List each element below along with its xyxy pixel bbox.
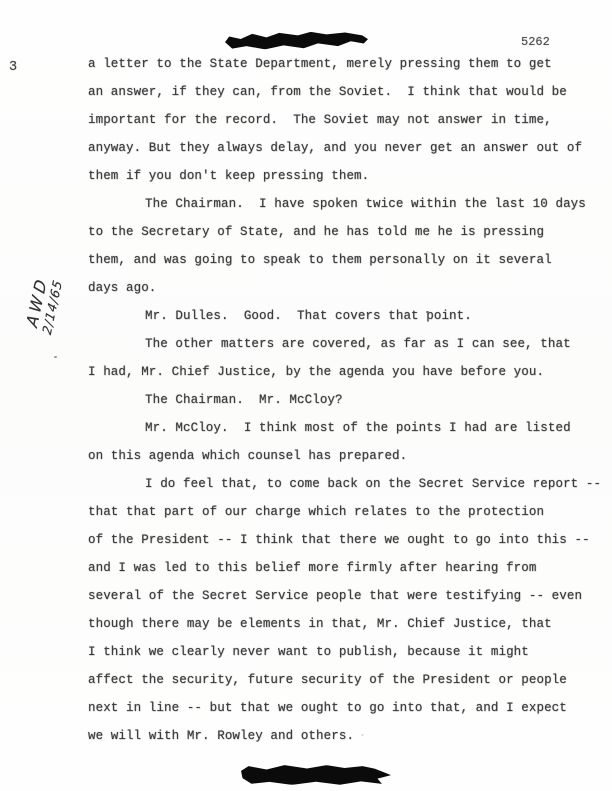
text-line: days ago. [88, 274, 593, 302]
document-text: a letter to the State Department, merely… [88, 50, 593, 750]
text-line: several of the Secret Service people tha… [88, 582, 593, 610]
scan-noise-speck [426, 311, 429, 313]
margin-page-number: 3 [9, 60, 17, 75]
text-line: of the President -- I think that there w… [88, 526, 593, 554]
text-line: we will with Mr. Rowley and others. [88, 722, 593, 750]
redaction-bar-top [225, 31, 368, 49]
text-line: Mr. McCloy. I think most of the points I… [88, 414, 593, 442]
text-line: important for the record. The Soviet may… [88, 106, 593, 134]
text-line: I think we clearly never want to publish… [88, 638, 593, 666]
text-line: The other matters are covered, as far as… [88, 330, 593, 358]
text-line: to the Secretary of State, and he has to… [88, 218, 593, 246]
text-line: Mr. Dulles. Good. That covers that point… [88, 302, 593, 330]
scanned-document-page: 5262 3 AWD 2/14/65 a letter to the State… [0, 0, 612, 791]
text-line: anyway. But they always delay, and you n… [88, 134, 593, 162]
text-line: affect the security, future security of … [88, 666, 593, 694]
text-line: though there may be elements in that, Mr… [88, 610, 593, 638]
page-number: 5262 [521, 35, 550, 49]
text-line: them if you don't keep pressing them. [88, 162, 593, 190]
text-line: a letter to the State Department, merely… [88, 50, 593, 78]
text-line: them, and was going to speak to them per… [88, 246, 593, 274]
text-line: The Chairman. Mr. McCloy? [88, 386, 593, 414]
text-line: I had, Mr. Chief Justice, by the agenda … [88, 358, 593, 386]
text-line: I do feel that, to come back on the Secr… [88, 470, 593, 498]
text-line: and I was led to this belief more firmly… [88, 554, 593, 582]
redaction-bar-bottom [241, 764, 391, 785]
text-line: next in line -- but that we ought to go … [88, 694, 593, 722]
handwritten-margin-note: AWD 2/14/65 [20, 257, 68, 350]
text-line: on this agenda which counsel has prepare… [88, 442, 593, 470]
text-line: that that part of our charge which relat… [88, 498, 593, 526]
text-line: The Chairman. I have spoken twice within… [88, 190, 593, 218]
text-line: an answer, if they can, from the Soviet.… [88, 78, 593, 106]
